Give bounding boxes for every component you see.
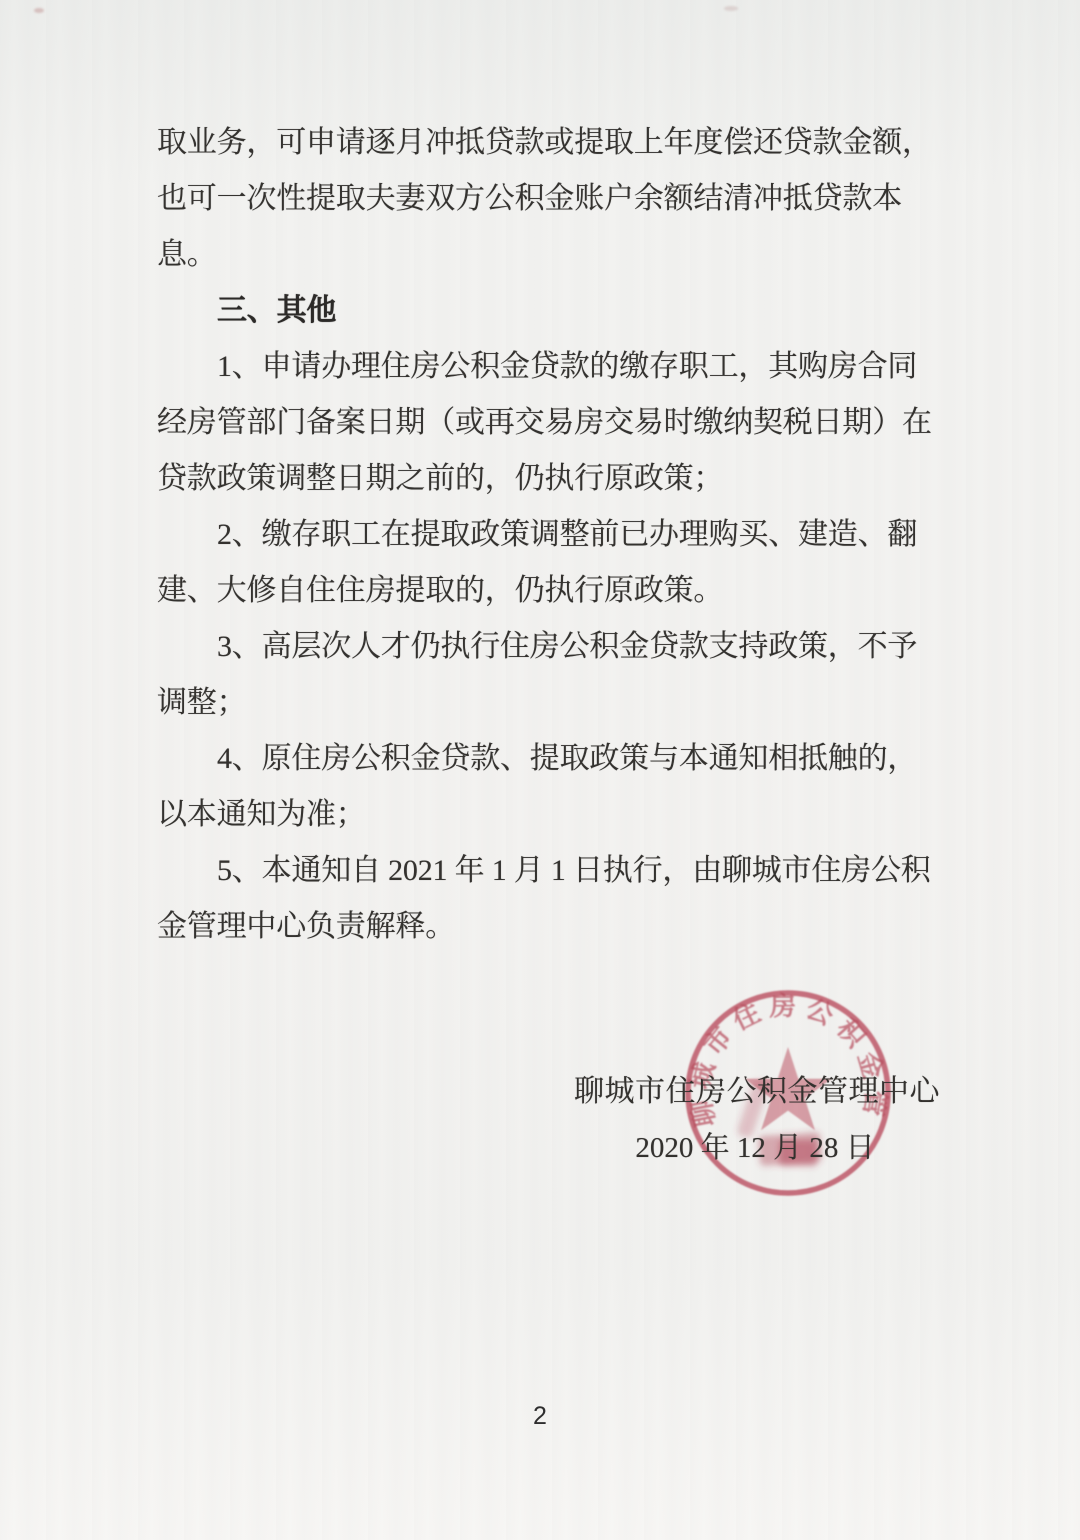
page-number: 2 xyxy=(0,1402,1080,1431)
body-line: 1、申请办理住房公积金贷款的缴存职工，其购房合同 xyxy=(157,339,947,395)
body-line: 4、原住房公积金贷款、提取政策与本通知相抵触的， xyxy=(157,731,947,787)
signature-date: 2020 年 12 月 28 日 xyxy=(574,1126,936,1170)
body-line: 取业务，可申请逐月冲抵贷款或提取上年度偿还贷款金额， xyxy=(157,115,947,171)
body-line: 5、本通知自 2021 年 1 月 1 日执行，由聊城市住房公积 xyxy=(157,843,947,899)
scan-speck xyxy=(724,6,738,11)
signature-organization: 聊城市住房公积金管理中心 xyxy=(574,1070,936,1114)
body-line: 建、大修自住住房提取的，仍执行原政策。 xyxy=(157,563,947,619)
document-body: 取业务，可申请逐月冲抵贷款或提取上年度偿还贷款金额， 也可一次性提取夫妻双方公积… xyxy=(157,115,947,955)
scan-speck xyxy=(34,8,44,13)
body-line: 2、缴存职工在提取政策调整前已办理购买、建造、翻 xyxy=(157,507,947,563)
body-line: 以本通知为准； xyxy=(157,787,947,843)
body-line: 息。 xyxy=(157,227,947,283)
body-line: 3、高层次人才仍执行住房公积金贷款支持政策，不予 xyxy=(157,619,947,675)
body-line: 也可一次性提取夫妻双方公积金账户余额结清冲抵贷款本 xyxy=(157,171,947,227)
body-line: 经房管部门备案日期（或再交易房交易时缴纳契税日期）在 xyxy=(157,395,947,451)
body-line: 调整； xyxy=(157,675,947,731)
scanned-document-page: 取业务，可申请逐月冲抵贷款或提取上年度偿还贷款金额， 也可一次性提取夫妻双方公积… xyxy=(0,0,1080,1540)
body-line: 贷款政策调整日期之前的，仍执行原政策； xyxy=(157,451,947,507)
section-heading: 三、其他 xyxy=(157,283,947,339)
body-line: 金管理中心负责解释。 xyxy=(157,899,947,955)
